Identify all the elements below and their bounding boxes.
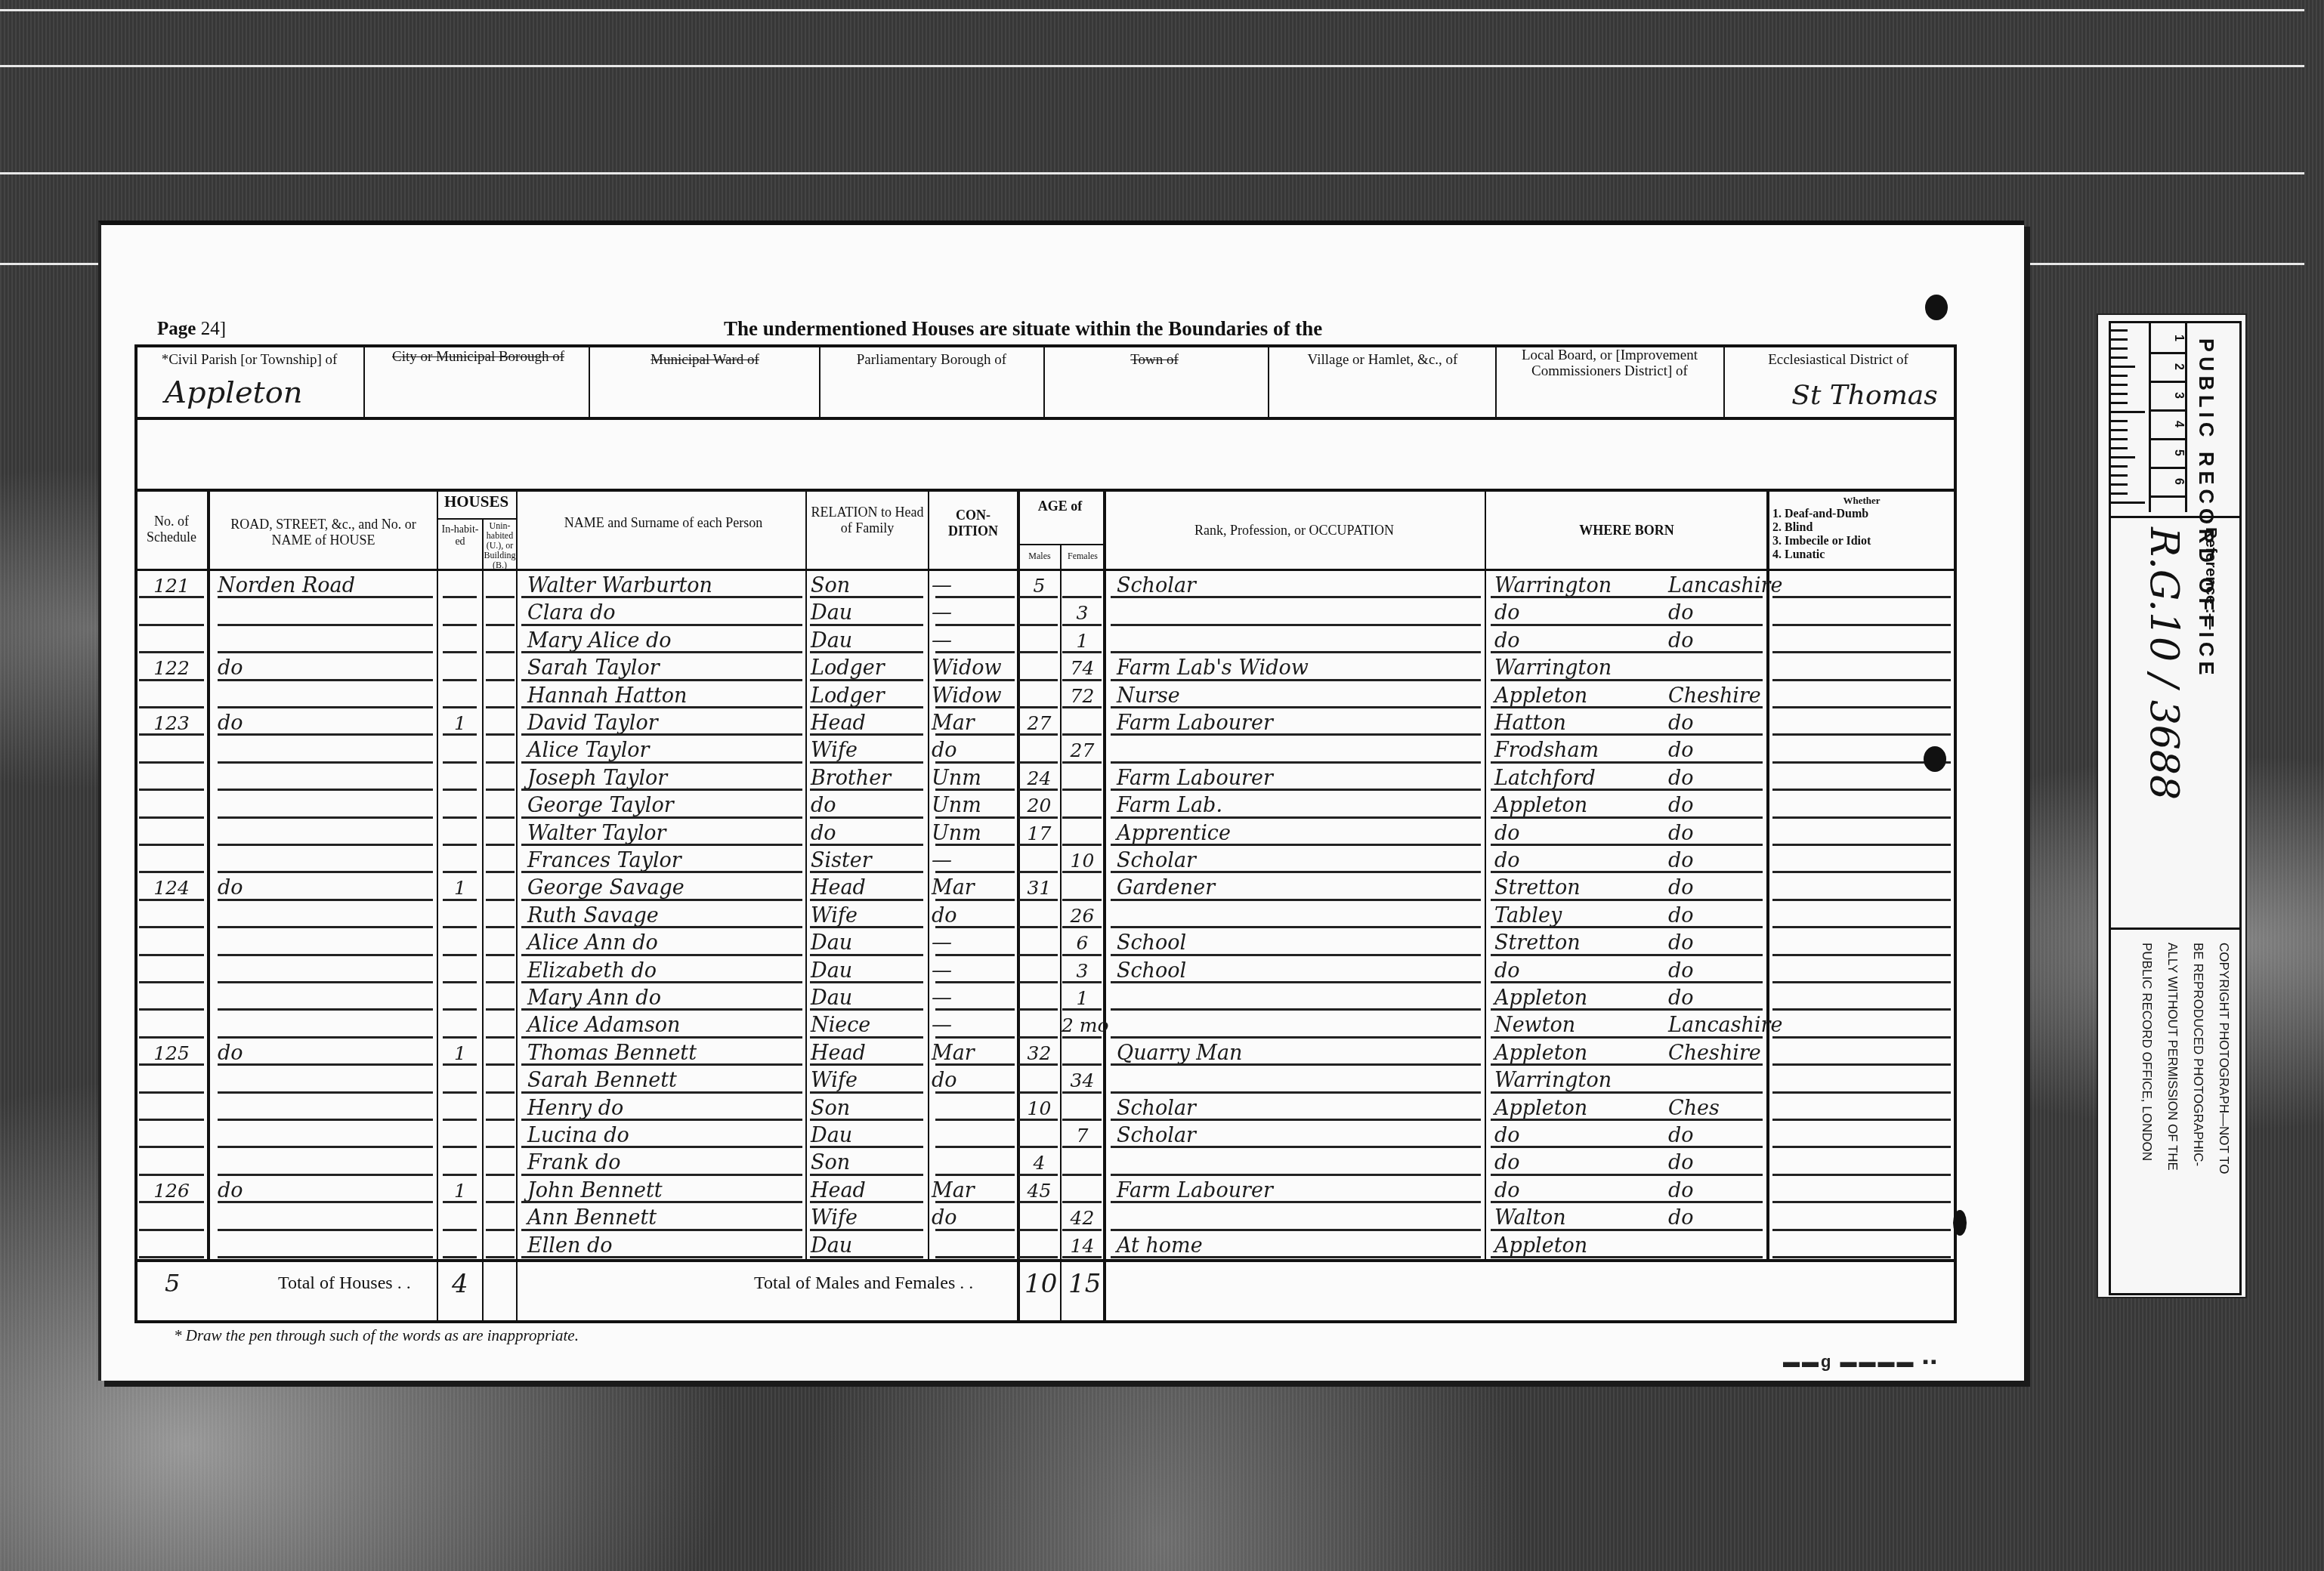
cell-schedule: 124 xyxy=(139,873,204,900)
boundary-civil-parish: *Civil Parish [or Township] of xyxy=(138,352,361,368)
cell-inhabited xyxy=(438,1148,482,1175)
cell-schedule xyxy=(139,598,204,625)
boundary-local-board: Local Board, or [Improvement Commissione… xyxy=(1502,347,1717,379)
boundary-town: Town of xyxy=(1056,352,1253,368)
cell-occupation: Apprentice xyxy=(1117,819,1479,846)
header-relation: RELATION to Head of Family xyxy=(811,505,924,536)
cell-schedule xyxy=(139,1121,204,1148)
cell-road xyxy=(218,846,429,873)
cell-inhabited xyxy=(438,1231,482,1258)
cell-born-place: Appleton xyxy=(1494,1039,1646,1066)
census-form: Page 24] The undermentioned Houses are s… xyxy=(134,310,1957,1329)
cell-schedule xyxy=(139,626,204,653)
cell-road xyxy=(218,1203,429,1230)
cell-born-place: Latchford xyxy=(1494,764,1646,791)
scale-number: 2 xyxy=(2149,352,2185,383)
table-row: 126do1John BennettHeadMar45Farm Labourer… xyxy=(134,1176,1957,1203)
cell-condition: — xyxy=(932,956,1015,983)
cell-born-place: do xyxy=(1494,956,1646,983)
cell-born-place: Warrington xyxy=(1494,1066,1646,1093)
cell-male-age xyxy=(1018,736,1060,763)
cell-inhabited: 1 xyxy=(438,1039,482,1066)
infirmity-option: 3. Imbecile or Idiot xyxy=(1772,535,1951,548)
scale-number: 1 xyxy=(2149,323,2185,354)
cell-condition: — xyxy=(932,571,1015,598)
cell-male-age xyxy=(1018,653,1060,681)
cell-schedule xyxy=(139,764,204,791)
cell-inhabited: 1 xyxy=(438,1176,482,1203)
cell-road xyxy=(218,1148,429,1175)
ruler-tick xyxy=(2111,492,2128,495)
cell-condition: Widow xyxy=(932,653,1015,681)
table-row: Joseph TaylorBrotherUnm24Farm LabourerLa… xyxy=(134,764,1957,791)
cell-born-place: do xyxy=(1494,1121,1646,1148)
ruler-tick xyxy=(2111,420,2128,422)
cell-born-place: Walton xyxy=(1494,1203,1646,1230)
cell-born-place: do xyxy=(1494,846,1646,873)
header-inhabited: In-habit-ed xyxy=(438,524,482,548)
cell-male-age: 45 xyxy=(1018,1176,1060,1203)
ruled-line xyxy=(521,1256,802,1258)
cell-name: David Taylor xyxy=(527,708,803,736)
page-number: Page 24] xyxy=(157,319,226,340)
cell-inhabited xyxy=(438,791,482,818)
boundary-label: *Civil Parish [or Township] of xyxy=(162,352,338,368)
cell-inhabited xyxy=(438,819,482,846)
cell-born-place: Appleton xyxy=(1494,1094,1646,1121)
cell-inhabited xyxy=(438,901,482,928)
reference-label: Reference :— xyxy=(2202,527,2220,629)
cell-born-county xyxy=(1668,1066,1763,1093)
cell-relation: Wife xyxy=(811,736,924,763)
scale-number: 5 xyxy=(2149,438,2185,469)
cell-relation: Niece xyxy=(811,1011,924,1038)
cell-relation: Lodger xyxy=(811,681,924,708)
header-occupation: Rank, Profession, or OCCUPATION xyxy=(1109,523,1479,539)
cell-male-age xyxy=(1018,1121,1060,1148)
cell-born-county: do xyxy=(1668,901,1763,928)
cell-female-age: 7 xyxy=(1062,1121,1103,1148)
cell-relation: do xyxy=(811,819,924,846)
cell-born-place: Newton xyxy=(1494,1011,1646,1038)
ruled-line xyxy=(486,1256,515,1258)
cell-road xyxy=(218,764,429,791)
cell-condition xyxy=(932,1148,1015,1175)
cell-relation: Son xyxy=(811,571,924,598)
cell-occupation: School xyxy=(1117,956,1479,983)
cell-born-county: do xyxy=(1668,928,1763,955)
cell-occupation: Quarry Man xyxy=(1117,1039,1479,1066)
cell-male-age xyxy=(1018,956,1060,983)
cell-name: Alice Taylor xyxy=(527,736,803,763)
cell-condition: — xyxy=(932,928,1015,955)
ruled-line xyxy=(935,1256,1015,1258)
cell-road xyxy=(218,1011,429,1038)
total-females: 15 xyxy=(1068,1269,1101,1299)
ruled-line xyxy=(218,1256,433,1258)
binding-hole xyxy=(1924,746,1946,772)
ruler-tick xyxy=(2111,393,2128,395)
cell-female-age xyxy=(1062,1039,1103,1066)
cell-name: Ruth Savage xyxy=(527,901,803,928)
binding-hole xyxy=(1925,295,1948,320)
header-schedule: No. of Schedule xyxy=(139,514,204,545)
cell-road: do xyxy=(218,873,429,900)
infirmity-option: 1. Deaf-and-Dumb xyxy=(1772,508,1951,521)
reference-strip: 123456 PUBLIC RECORD OFFICE Reference :—… xyxy=(2097,313,2247,1298)
cell-occupation: Farm Labourer xyxy=(1117,708,1479,736)
cell-schedule: 121 xyxy=(139,571,204,598)
table-row: Alice AdamsonNiece—2 moNewtonLancashire xyxy=(134,1011,1957,1038)
cell-born-county xyxy=(1668,653,1763,681)
cell-name: Alice Adamson xyxy=(527,1011,803,1038)
cell-male-age xyxy=(1018,598,1060,625)
header-infirmity: Whether 1. Deaf-and-Dumb 2. Blind 3. Imb… xyxy=(1772,494,1951,562)
ruled-line xyxy=(1772,1256,1951,1258)
cell-road xyxy=(218,928,429,955)
cell-name: Ellen do xyxy=(527,1231,803,1258)
ruler-tick xyxy=(2111,456,2135,458)
cell-name: Mary Ann do xyxy=(527,983,803,1011)
divider xyxy=(2111,516,2239,518)
cell-name: Ann Bennett xyxy=(527,1203,803,1230)
cell-relation: Head xyxy=(811,1039,924,1066)
cell-born-place: Stretton xyxy=(1494,873,1646,900)
header-males: Males xyxy=(1018,548,1061,564)
cell-female-age xyxy=(1062,1148,1103,1175)
cell-occupation xyxy=(1117,598,1479,625)
cell-relation: Son xyxy=(811,1094,924,1121)
table-row: Ellen doDau14At homeAppleton xyxy=(134,1231,1957,1258)
cell-born-place: Warrington xyxy=(1494,571,1646,598)
cell-born-place: Stretton xyxy=(1494,928,1646,955)
cell-born-county: do xyxy=(1668,708,1763,736)
table-row: Lucina doDau7Scholardodo xyxy=(134,1121,1957,1148)
cell-occupation xyxy=(1117,1203,1479,1230)
cell-occupation xyxy=(1117,1148,1479,1175)
cell-name: Frances Taylor xyxy=(527,846,803,873)
ruled-line xyxy=(1111,1256,1481,1258)
cell-road xyxy=(218,1121,429,1148)
cell-born-county: do xyxy=(1668,983,1763,1011)
scan-artifact-line xyxy=(0,9,2304,11)
cell-female-age xyxy=(1062,1176,1103,1203)
boundary-civil-parish-value: Appleton xyxy=(165,376,302,409)
cell-name: Mary Alice do xyxy=(527,626,803,653)
cell-female-age: 3 xyxy=(1062,598,1103,625)
divider xyxy=(1017,544,1103,545)
cell-relation: Wife xyxy=(811,1066,924,1093)
cell-male-age: 27 xyxy=(1018,708,1060,736)
cell-condition: Mar xyxy=(932,708,1015,736)
cell-male-age xyxy=(1018,983,1060,1011)
cell-female-age: 2 mo xyxy=(1062,1011,1103,1038)
cell-name: Joseph Taylor xyxy=(527,764,803,791)
cell-born-place: Frodsham xyxy=(1494,736,1646,763)
cell-inhabited xyxy=(438,681,482,708)
ruler-tick xyxy=(2111,329,2128,332)
cell-occupation: Nurse xyxy=(1117,681,1479,708)
cell-relation: Dau xyxy=(811,956,924,983)
cell-name: George Taylor xyxy=(527,791,803,818)
cell-road: do xyxy=(218,1176,429,1203)
ruler-tick xyxy=(2111,347,2128,350)
cell-female-age xyxy=(1062,873,1103,900)
ruler-tick xyxy=(2111,338,2128,341)
table-row: Clara doDau—3dodo xyxy=(134,598,1957,625)
cell-condition: Mar xyxy=(932,1176,1015,1203)
cell-condition: Mar xyxy=(932,873,1015,900)
cell-road xyxy=(218,681,429,708)
ruler-tick xyxy=(2111,502,2145,504)
boundary-municipal-borough: City or Municipal Borough of xyxy=(384,349,573,365)
cell-occupation: Scholar xyxy=(1117,846,1479,873)
cell-born-county: do xyxy=(1668,626,1763,653)
cell-male-age xyxy=(1018,928,1060,955)
boundary-village: Village or Hamlet, &c., of xyxy=(1277,352,1488,368)
cell-born-county: Ches xyxy=(1668,1094,1763,1121)
page-label: Page xyxy=(157,319,196,339)
header-name: NAME and Surname of each Person xyxy=(527,515,799,531)
cell-born-county: do xyxy=(1668,1203,1763,1230)
cell-relation: Head xyxy=(811,1176,924,1203)
cell-relation: Dau xyxy=(811,598,924,625)
cell-road xyxy=(218,819,429,846)
cell-inhabited xyxy=(438,1011,482,1038)
cell-born-county: do xyxy=(1668,956,1763,983)
cell-inhabited xyxy=(438,1094,482,1121)
cell-female-age xyxy=(1062,1094,1103,1121)
page-edge-marks: ▬▬g ▬▬▬▬ ▪▪ xyxy=(1783,1352,1939,1372)
ruled-line xyxy=(1491,1256,1763,1258)
divider xyxy=(819,344,821,417)
cell-schedule: 126 xyxy=(139,1176,204,1203)
total-schedules: 5 xyxy=(165,1269,180,1298)
cell-born-county: do xyxy=(1668,598,1763,625)
copyright-notice: COPYRIGHT PHOTOGRAPH—NOT TO BE REPRODUCE… xyxy=(2117,935,2234,1267)
copyright-line: COPYRIGHT PHOTOGRAPH—NOT TO xyxy=(2216,943,2231,1174)
cell-male-age: 31 xyxy=(1018,873,1060,900)
cell-name: Sarah Bennett xyxy=(527,1066,803,1093)
cell-born-place: Appleton xyxy=(1494,983,1646,1011)
cell-female-age: 1 xyxy=(1062,983,1103,1011)
cell-female-age xyxy=(1062,708,1103,736)
cell-schedule xyxy=(139,681,204,708)
cell-occupation: Scholar xyxy=(1117,571,1479,598)
infirmity-option: 2. Blind xyxy=(1772,521,1951,535)
cell-inhabited xyxy=(438,764,482,791)
table-row: George TaylordoUnm20Farm Lab.Appletondo xyxy=(134,791,1957,818)
copyright-line: PUBLIC RECORD OFFICE, LONDON xyxy=(2139,943,2154,1161)
boundary-municipal-ward: Municipal Ward of xyxy=(603,352,807,368)
cell-schedule xyxy=(139,846,204,873)
cell-male-age: 4 xyxy=(1018,1148,1060,1175)
cell-male-age xyxy=(1018,846,1060,873)
header-condition: CON-DITION xyxy=(932,508,1015,539)
cell-born-county: do xyxy=(1668,764,1763,791)
cell-male-age: 24 xyxy=(1018,764,1060,791)
cell-female-age: 34 xyxy=(1062,1066,1103,1093)
cell-male-age: 10 xyxy=(1018,1094,1060,1121)
cell-condition: — xyxy=(932,626,1015,653)
table-row: Walter TaylordoUnm17Apprenticedodo xyxy=(134,819,1957,846)
scale-number: 4 xyxy=(2149,409,2185,440)
cell-relation: Sister xyxy=(811,846,924,873)
cell-born-county xyxy=(1668,1231,1763,1258)
cell-female-age xyxy=(1062,819,1103,846)
cell-born-place: do xyxy=(1494,819,1646,846)
cell-born-place: Appleton xyxy=(1494,1231,1646,1258)
cell-born-county: do xyxy=(1668,846,1763,873)
cell-born-county: do xyxy=(1668,1176,1763,1203)
ruler-tick xyxy=(2111,366,2135,368)
ruler-tick xyxy=(2111,474,2128,477)
cell-road: do xyxy=(218,1039,429,1066)
cell-road xyxy=(218,1231,429,1258)
cell-female-age: 3 xyxy=(1062,956,1103,983)
cell-born-county: do xyxy=(1668,873,1763,900)
table-row: Henry doSon10ScholarAppletonChes xyxy=(134,1094,1957,1121)
cell-born-place: do xyxy=(1494,1148,1646,1175)
ruled-line xyxy=(810,1256,923,1258)
divider xyxy=(1723,344,1725,417)
divider xyxy=(1043,344,1045,417)
table-row: Sarah BennettWifedo34Warrington xyxy=(134,1066,1957,1093)
cell-name: John Bennett xyxy=(527,1176,803,1203)
cell-name: Walter Taylor xyxy=(527,819,803,846)
total-houses-value: 4 xyxy=(452,1269,468,1299)
cell-road xyxy=(218,736,429,763)
ruler-tick xyxy=(2111,429,2128,431)
table-row: Alice Ann doDau—6SchoolStrettondo xyxy=(134,928,1957,955)
cell-name: Henry do xyxy=(527,1094,803,1121)
cell-born-county: do xyxy=(1668,791,1763,818)
cell-schedule xyxy=(139,819,204,846)
cell-road xyxy=(218,626,429,653)
cell-road xyxy=(218,1094,429,1121)
number-scale: 123456 xyxy=(2149,323,2187,512)
table-row: Frank doSon4dodo xyxy=(134,1148,1957,1175)
cell-relation: Brother xyxy=(811,764,924,791)
cell-female-age: 14 xyxy=(1062,1231,1103,1258)
cell-male-age xyxy=(1018,681,1060,708)
cell-relation: Dau xyxy=(811,1121,924,1148)
cell-occupation: Scholar xyxy=(1117,1094,1479,1121)
cell-female-age xyxy=(1062,764,1103,791)
cell-relation: Head xyxy=(811,873,924,900)
cell-occupation xyxy=(1117,736,1479,763)
cell-condition: do xyxy=(932,901,1015,928)
infirmity-title: Whether xyxy=(1772,494,1951,508)
cell-road: Norden Road xyxy=(218,571,429,598)
cell-schedule xyxy=(139,736,204,763)
cell-condition: — xyxy=(932,846,1015,873)
cell-born-county: do xyxy=(1668,819,1763,846)
divider xyxy=(134,1320,1957,1323)
header-age: AGE of xyxy=(1020,498,1100,514)
cell-relation: do xyxy=(811,791,924,818)
cell-born-place: do xyxy=(1494,626,1646,653)
cell-road xyxy=(218,983,429,1011)
cell-born-place: do xyxy=(1494,1176,1646,1203)
total-persons-label: Total of Males and Females . . xyxy=(754,1273,973,1294)
cell-female-age: 42 xyxy=(1062,1203,1103,1230)
table-row: Ruth SavageWifedo26Tableydo xyxy=(134,901,1957,928)
cell-female-age: 26 xyxy=(1062,901,1103,928)
cell-born-place: Warrington xyxy=(1494,653,1646,681)
ruled-line xyxy=(443,1256,477,1258)
divider xyxy=(2111,927,2239,930)
cell-inhabited xyxy=(438,956,482,983)
table-row: Mary Ann doDau—1Appletondo xyxy=(134,983,1957,1011)
cell-born-county: do xyxy=(1668,1121,1763,1148)
cell-condition: — xyxy=(932,1011,1015,1038)
cell-male-age xyxy=(1018,626,1060,653)
page-number-value: 24] xyxy=(201,319,226,339)
cell-schedule: 125 xyxy=(139,1039,204,1066)
cell-inhabited xyxy=(438,571,482,598)
cell-occupation xyxy=(1117,1066,1479,1093)
table-row: Frances TaylorSister—10Scholardodo xyxy=(134,846,1957,873)
ruler-tick xyxy=(2111,438,2128,440)
divider xyxy=(363,344,365,417)
cell-schedule xyxy=(139,1231,204,1258)
cell-female-age: 6 xyxy=(1062,928,1103,955)
divider xyxy=(1268,344,1269,417)
header-females: Females xyxy=(1062,548,1104,564)
cell-born-place: do xyxy=(1494,598,1646,625)
header-road: ROAD, STREET, &c., and No. or NAME of HO… xyxy=(218,517,429,548)
cell-occupation: Farm Lab's Widow xyxy=(1117,653,1479,681)
cell-male-age xyxy=(1018,1231,1060,1258)
cell-born-county: do xyxy=(1668,1148,1763,1175)
cell-inhabited xyxy=(438,598,482,625)
table-row: Elizabeth doDau—3Schooldodo xyxy=(134,956,1957,983)
total-males: 10 xyxy=(1024,1269,1057,1299)
cell-relation: Son xyxy=(811,1148,924,1175)
cell-relation: Dau xyxy=(811,928,924,955)
cell-inhabited xyxy=(438,928,482,955)
cell-male-age xyxy=(1018,1066,1060,1093)
cell-female-age: 27 xyxy=(1062,736,1103,763)
cell-name: Frank do xyxy=(527,1148,803,1175)
cell-born-county: Lancashire xyxy=(1668,571,1763,598)
cell-name: Thomas Bennett xyxy=(527,1039,803,1066)
cell-born-place: Tabley xyxy=(1494,901,1646,928)
header-where-born: WHERE BORN xyxy=(1491,523,1763,539)
cell-occupation: Farm Lab. xyxy=(1117,791,1479,818)
totals-row: 5 Total of Houses . . 4 Total of Males a… xyxy=(134,1263,1957,1320)
infirmity-option: 4. Lunatic xyxy=(1772,548,1951,562)
divider xyxy=(1495,344,1497,417)
cell-occupation xyxy=(1117,901,1479,928)
cell-condition: do xyxy=(932,736,1015,763)
divider xyxy=(437,518,516,520)
cell-schedule xyxy=(139,983,204,1011)
table-row: Alice TaylorWifedo27Frodshamdo xyxy=(134,736,1957,763)
scan-artifact-line xyxy=(0,65,2304,67)
cell-schedule: 122 xyxy=(139,653,204,681)
ruler-scale xyxy=(2111,323,2151,512)
cell-schedule xyxy=(139,1011,204,1038)
table-row: 121Norden RoadWalter WarburtonSon—5Schol… xyxy=(134,571,1957,598)
boundary-heading: The undermentioned Houses are situate wi… xyxy=(724,317,1322,341)
cell-relation: Dau xyxy=(811,1231,924,1258)
cell-male-age: 17 xyxy=(1018,819,1060,846)
boundary-parliamentary-borough: Parliamentary Borough of xyxy=(830,352,1034,368)
cell-relation: Wife xyxy=(811,901,924,928)
cell-occupation xyxy=(1117,983,1479,1011)
